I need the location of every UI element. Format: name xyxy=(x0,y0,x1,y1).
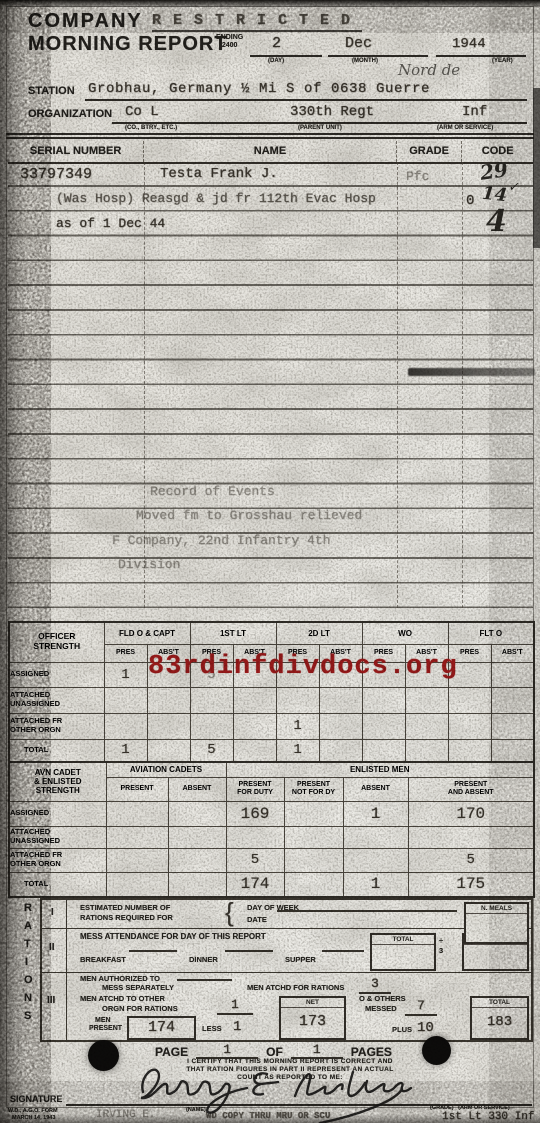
enlisted-assigned-cell: 170 xyxy=(408,801,534,826)
roster-col-divider-grade xyxy=(397,162,398,608)
roster-code1-handwritten: 29 xyxy=(478,157,509,185)
rations-numeral-II: II xyxy=(49,942,55,953)
day-of-week-blank xyxy=(307,898,457,900)
rations-section-1: ESTIMATED NUMBER OF RATIONS REQUIRED FOR… xyxy=(67,900,531,928)
enlisted-att-unasgd-cell xyxy=(343,826,408,848)
em-present-not-for-dy-col: PRESENT NOT FOR DY xyxy=(284,777,343,801)
roster-body: 33797349 Testa Frank J. Pfc 29 (Was Hosp… xyxy=(8,162,533,608)
men-atchd-other-line1: MEN ATCHD TO OTHER xyxy=(80,994,165,1003)
roster-name-value: Testa Frank J. xyxy=(160,166,278,182)
officer-total-cell: 5 xyxy=(190,739,233,762)
o-and-others-line1: O & OTHERS xyxy=(359,994,406,1003)
org-parent-value: 330th Regt xyxy=(290,104,374,120)
enlisted-men-group: ENLISTED MEN xyxy=(226,762,534,777)
enlisted-att-fr-cell xyxy=(284,848,343,872)
station-value: Grobhau, Germany ½ Mi S of 0638 Guerre xyxy=(88,81,430,97)
rations-numeral-III: III xyxy=(47,995,55,1006)
punch-hole-right xyxy=(422,1036,451,1065)
roster-code2-checkmark: ✓ xyxy=(508,180,519,195)
divide-by-3: ÷ 3 xyxy=(439,936,443,956)
officer-total-cell xyxy=(233,739,276,762)
officer-total-cell xyxy=(405,739,448,762)
enlisted-att-fr-cell: 5 xyxy=(408,848,534,872)
officer-group-wo: WO xyxy=(362,622,448,644)
org-parent-sublabel: (PARENT UNIT) xyxy=(298,125,342,132)
enlisted-row-assigned: ASSIGNED 169 1 170 xyxy=(9,801,534,826)
roster-entry3-text: as of 1 Dec 44 xyxy=(56,216,165,231)
officer-att-unasgd-cell xyxy=(319,687,362,713)
archive-watermark: 83rdinfdivdocs.org xyxy=(148,652,458,682)
men-atchd-other-line2: ORGN FOR RATIONS xyxy=(102,1004,178,1013)
officer-row-attached-fr-other: ATTACHED FR OTHER ORGN 1 xyxy=(9,713,534,739)
roster-code3-handwritten: 4 xyxy=(486,204,507,239)
mess-total-box: TOTAL xyxy=(370,933,436,971)
officer-total-cell xyxy=(491,739,534,762)
enlisted-total-cell xyxy=(106,872,168,897)
date-day-sublabel: (DAY) xyxy=(268,58,284,65)
roster-code2-handwritten: 14 xyxy=(481,183,508,207)
enlisted-strength-table: AVN CADET & ENLISTED STRENGTH AVIATION C… xyxy=(8,761,535,898)
estimated-rations-line1: ESTIMATED NUMBER OF xyxy=(80,903,170,912)
officer-att-fr-cell xyxy=(448,713,491,739)
left-edge-band xyxy=(0,0,28,1123)
record-of-events-line2: Moved fm to Grosshau relieved xyxy=(136,508,362,523)
date-year-sublabel: (YEAR) xyxy=(492,58,513,65)
roster-grade-value: Pfc xyxy=(406,169,429,184)
enlisted-total-cell xyxy=(168,872,226,897)
handwritten-nord-de: Nord de xyxy=(398,61,460,79)
enlisted-assigned-cell xyxy=(168,801,226,826)
officer-row-attached-unassigned: ATTACHED UNASSIGNED xyxy=(9,687,534,713)
net-box-value: 173 xyxy=(281,1008,344,1030)
officer-att-unasgd-cell xyxy=(147,687,190,713)
date-year-line xyxy=(436,55,526,57)
rations-box: I II III ESTIMATED NUMBER OF RATIONS REQ… xyxy=(40,898,533,1042)
roster-entry2-text: (Was Hosp) Reasgd & jd fr 112th Evac Hos… xyxy=(56,191,376,206)
enlisted-att-unasgd-cell xyxy=(168,826,226,848)
officer-group-2d-lt: 2D LT xyxy=(276,622,362,644)
officer-total-cell: 1 xyxy=(104,739,147,762)
enlisted-assigned-cell: 169 xyxy=(226,801,284,826)
breakfast-label: BREAKFAST xyxy=(80,955,126,964)
roster-col-divider-code xyxy=(462,162,463,608)
n-meals-box: N. MEALS xyxy=(464,902,529,944)
enlisted-att-unasgd-cell xyxy=(226,826,284,848)
form-title-company: COMPANY xyxy=(28,10,143,33)
supper-blank xyxy=(322,950,364,952)
double-rule-1 xyxy=(6,133,534,135)
right-edge-mark xyxy=(533,88,540,248)
officer-strength-table: OFFICER STRENGTH FLD O & CAPT 1ST LT 2D … xyxy=(8,621,535,763)
em-present-and-absent-col: PRESENT AND ABSENT xyxy=(408,777,534,801)
enlisted-row-attached-fr-other: ATTACHED FR OTHER ORGN 5 5 xyxy=(9,848,534,872)
roster-header-grade: GRADE xyxy=(396,141,462,162)
officer-total-cell xyxy=(448,739,491,762)
date-day-line xyxy=(250,55,322,57)
officer-group-flt-o: FLT O xyxy=(448,622,534,644)
em-absent-col: ABSENT xyxy=(343,777,408,801)
enlisted-assigned-cell: 1 xyxy=(343,801,408,826)
enlisted-att-unasgd-cell xyxy=(408,826,534,848)
mess-separately-blank xyxy=(177,979,232,981)
officer-att-fr-cell xyxy=(491,713,534,739)
rations-numeral-I: I xyxy=(51,907,54,918)
enlisted-assigned-cell xyxy=(106,801,168,826)
men-authorized-line2: MESS SEPARATELY xyxy=(102,983,174,992)
men-present-line2: PRESENT xyxy=(89,1025,122,1033)
date-year-value: 1944 xyxy=(452,36,486,52)
date-month-sublabel: (MONTH) xyxy=(352,58,378,65)
officer-att-unasgd-cell xyxy=(233,687,276,713)
scan-smudge xyxy=(408,368,535,376)
rations-section-3: MEN AUTHORIZED TO MESS SEPARATELY MEN AT… xyxy=(67,972,531,1040)
avcadet-present-col: PRESENT xyxy=(106,777,168,801)
messed-value: 7 xyxy=(405,998,437,1016)
officer-att-fr-cell xyxy=(362,713,405,739)
officer-sub-abst: ABS'T xyxy=(491,644,534,662)
rations-brace: { xyxy=(225,897,234,928)
org-arm-sublabel: (ARM OR SERVICE) xyxy=(437,125,493,132)
rations-total-box: TOTAL 183 xyxy=(470,996,529,1040)
officer-group-1st-lt: 1ST LT xyxy=(190,622,276,644)
officer-row-total: TOTAL 1 5 1 xyxy=(9,739,534,762)
enlisted-att-fr-cell xyxy=(343,848,408,872)
breakfast-blank xyxy=(129,950,177,952)
dinner-blank xyxy=(225,950,273,952)
estimated-rations-line2: RATIONS REQUIRED FOR xyxy=(80,913,173,922)
officer-att-fr-cell xyxy=(319,713,362,739)
officer-att-unasgd-cell xyxy=(448,687,491,713)
enlisted-att-fr-cell xyxy=(106,848,168,872)
org-unit-sublabel: (CO., BTRY., ETC.) xyxy=(125,125,177,132)
officer-assigned-cell: 1 xyxy=(104,662,147,687)
supper-label: SUPPER xyxy=(285,955,316,964)
officer-att-fr-cell xyxy=(405,713,448,739)
net-box-label: NET xyxy=(281,998,344,1008)
men-atchd-for-rations-label: MEN ATCHD FOR RATIONS xyxy=(247,983,344,992)
officer-total-cell xyxy=(319,739,362,762)
signature-script: Irving E. Arter xyxy=(115,1052,445,1123)
men-present-box: 174 xyxy=(127,1016,196,1040)
enlisted-att-unasgd-cell xyxy=(284,826,343,848)
enlisted-row-total: TOTAL 174 1 175 xyxy=(9,872,534,897)
ending-2400-label: ENDING 2400 xyxy=(216,34,243,51)
top-edge-band xyxy=(0,0,540,7)
aviation-cadets-group: AVIATION CADETS xyxy=(106,762,226,777)
em-present-for-duty-col: PRESENT FOR DUTY xyxy=(226,777,284,801)
plus-value: 10 xyxy=(417,1020,434,1036)
rations-section-2: MESS ATTENDANCE FOR DAY OF THIS REPORT B… xyxy=(67,928,531,972)
enlisted-att-fr-cell xyxy=(168,848,226,872)
date-blank xyxy=(277,910,457,912)
officer-att-unasgd-cell xyxy=(104,687,147,713)
enlisted-row-attached-unassigned: ATTACHED UNASSIGNED xyxy=(9,826,534,848)
enlisted-total-cell: 175 xyxy=(408,872,534,897)
officer-att-fr-cell xyxy=(104,713,147,739)
officer-att-fr-cell: 1 xyxy=(276,713,319,739)
enlisted-total-cell: 1 xyxy=(343,872,408,897)
roster-header-row: SERIAL NUMBER NAME GRADE CODE xyxy=(8,141,533,164)
less-value: 1 xyxy=(233,1019,241,1035)
record-of-events-line3: F Company, 22nd Infantry 4th xyxy=(112,533,330,548)
roster-serial-value: 33797349 xyxy=(20,166,92,183)
officer-att-unasgd-cell xyxy=(362,687,405,713)
officer-sub-pres: PRES xyxy=(104,644,147,662)
organization-label: ORGANIZATION xyxy=(28,108,112,120)
officer-total-cell xyxy=(147,739,190,762)
officer-att-unasgd-cell xyxy=(276,687,319,713)
record-of-events-line4: Division xyxy=(118,557,180,572)
punch-hole-left xyxy=(88,1040,119,1071)
morning-report-scan: COMPANY RESTRICTED MORNING REPORT ENDING… xyxy=(0,0,540,1123)
o-and-others-line2: MESSED xyxy=(365,1004,397,1013)
date-day-value: 2 xyxy=(272,35,281,52)
men-atchd-for-rations-value: 3 xyxy=(359,976,391,994)
classification-stamp: RESTRICTED xyxy=(152,12,362,32)
officer-att-unasgd-cell xyxy=(405,687,448,713)
mess-attendance-title: MESS ATTENDANCE FOR DAY OF THIS REPORT xyxy=(80,932,266,942)
roster-code2-typed: 0 xyxy=(466,193,474,209)
officer-assigned-cell xyxy=(491,662,534,687)
officer-total-cell: 1 xyxy=(276,739,319,762)
men-present-value: 174 xyxy=(129,1018,194,1036)
dinner-label: DINNER xyxy=(189,955,218,964)
org-arm-value: Inf xyxy=(462,104,487,120)
enlisted-total-cell xyxy=(284,872,343,897)
mess-total-box-label: TOTAL xyxy=(372,935,434,945)
officer-att-unasgd-cell xyxy=(491,687,534,713)
enlisted-att-unasgd-cell xyxy=(106,826,168,848)
double-rule-2 xyxy=(6,137,534,139)
roster-header-name: NAME xyxy=(143,141,396,162)
men-authorized-line1: MEN AUTHORIZED TO xyxy=(80,974,160,983)
roster-header-serial: SERIAL NUMBER xyxy=(8,141,143,162)
officer-att-fr-cell xyxy=(190,713,233,739)
plus-label: PLUS xyxy=(392,1025,412,1034)
orgn-for-rations-value: 1 xyxy=(217,997,253,1015)
officer-att-fr-cell xyxy=(233,713,276,739)
org-unit-value: Co L xyxy=(125,104,159,120)
officer-total-cell xyxy=(362,739,405,762)
net-box: NET 173 xyxy=(279,996,346,1040)
date-label: DATE xyxy=(247,915,267,924)
rations-total-box-label: TOTAL xyxy=(472,998,527,1008)
form-title-morning-report: MORNING REPORT xyxy=(28,33,228,56)
n-meals-box-label: N. MEALS xyxy=(466,904,527,914)
date-month-value: Dec xyxy=(345,35,372,52)
officer-att-unasgd-cell xyxy=(190,687,233,713)
avcadet-absent-col: ABSENT xyxy=(168,777,226,801)
station-label: STATION xyxy=(28,85,75,97)
rations-total-box-value: 183 xyxy=(472,1008,527,1030)
organization-line xyxy=(112,122,527,124)
date-month-line xyxy=(328,55,428,57)
less-label: LESS xyxy=(202,1024,222,1033)
enlisted-assigned-cell xyxy=(284,801,343,826)
record-of-events-line1: Record of Events xyxy=(150,484,275,499)
enlisted-att-fr-cell: 5 xyxy=(226,848,284,872)
enlisted-total-cell: 174 xyxy=(226,872,284,897)
ending-label-line2: 2400 xyxy=(216,42,243,50)
station-line xyxy=(85,99,527,101)
officer-group-fldo-capt: FLD O & CAPT xyxy=(104,622,190,644)
officer-att-fr-cell xyxy=(147,713,190,739)
